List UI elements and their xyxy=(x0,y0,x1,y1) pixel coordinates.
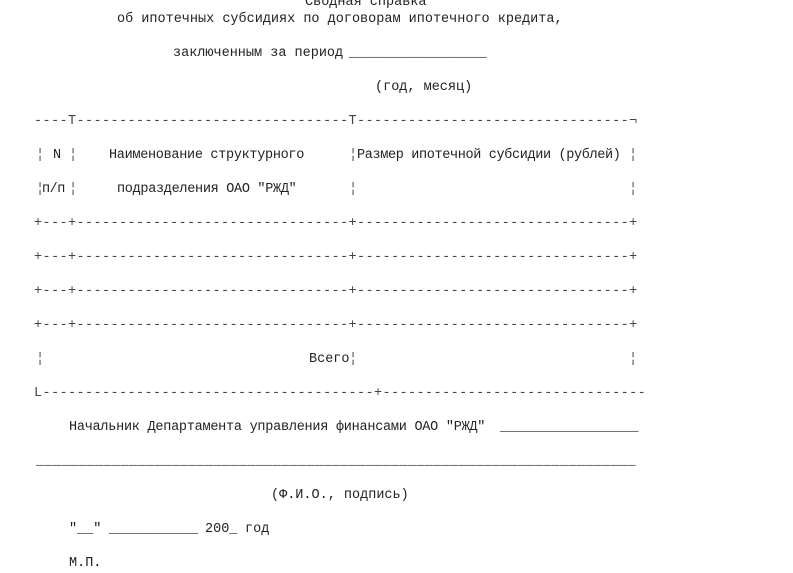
table-border: ¦ xyxy=(349,147,357,164)
signature-name-field[interactable]: ________________________________________… xyxy=(36,453,636,470)
signatory-position: Начальник Департамента управления финанс… xyxy=(69,419,485,436)
table-border: ¦ xyxy=(69,181,77,198)
column-header-number: N xyxy=(53,147,61,164)
column-header-name-sub: подразделения ОАО "РЖД" xyxy=(117,181,296,198)
table-row: +---+--------------------------------+--… xyxy=(34,283,638,300)
date-day-field[interactable]: "__" xyxy=(69,521,101,538)
table-border: ¦ xyxy=(36,351,44,368)
table-row: +---+--------------------------------+--… xyxy=(34,249,638,266)
table-border: ¦ xyxy=(629,147,637,164)
table-border: ¦ xyxy=(349,351,357,368)
period-field[interactable]: _________________ xyxy=(349,45,487,62)
document-subtitle: об ипотечных субсидиях по договорам ипот… xyxy=(117,11,563,28)
column-header-name: Наименование структурного xyxy=(109,147,304,164)
table-row-separator: +---+--------------------------------+--… xyxy=(34,215,638,232)
table-border: ¦ xyxy=(629,351,637,368)
table-border: ¦ xyxy=(69,147,77,164)
fio-hint: (Ф.И.О., подпись) xyxy=(271,487,409,504)
column-header-amount: Размер ипотечной субсидии (рублей) xyxy=(357,147,621,164)
table-border: ¦ xyxy=(36,147,44,164)
total-label: Всего xyxy=(309,351,350,368)
column-header-number-sub: п/п xyxy=(42,181,65,198)
table-top-border: ----T--------------------------------T--… xyxy=(34,113,638,130)
date-month-field[interactable]: ___________ xyxy=(109,521,198,538)
date-year-suffix: год xyxy=(245,521,269,538)
table-bottom-border: L---------------------------------------… xyxy=(34,385,646,402)
document-title: Сводная справка xyxy=(305,0,427,11)
period-hint: (год, месяц) xyxy=(375,79,472,96)
table-row: +---+--------------------------------+--… xyxy=(34,317,638,334)
table-border: ¦ xyxy=(629,181,637,198)
date-year-field[interactable]: 200_ xyxy=(205,521,237,538)
signature-field[interactable]: _________________ xyxy=(500,419,639,436)
stamp-placeholder: М.П. xyxy=(69,555,101,572)
period-label: заключенным за период xyxy=(173,45,343,62)
table-border: ¦ xyxy=(349,181,357,198)
